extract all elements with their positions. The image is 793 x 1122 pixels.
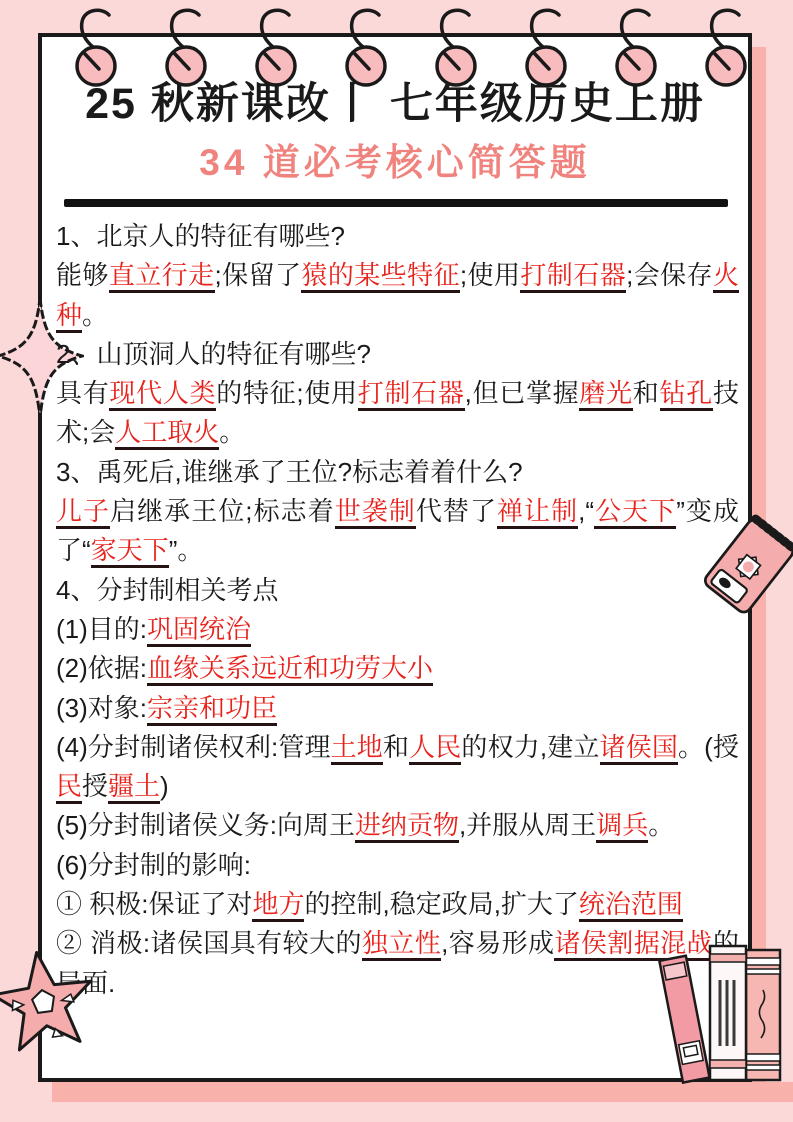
text-segment: 能够 bbox=[56, 260, 109, 290]
text-segment: 2、山顶洞人的特征有哪些? bbox=[56, 339, 371, 369]
text-segment: 授 bbox=[82, 771, 108, 801]
text-segment: 。 bbox=[219, 417, 245, 447]
text-segment: 的控制,稳定政局,扩大了 bbox=[304, 889, 578, 919]
text-segment: 。 bbox=[82, 300, 108, 330]
book-stack-icon bbox=[652, 942, 786, 1084]
binder-rings bbox=[72, 8, 748, 100]
text-line: 儿子启继承王位;标志着世袭制代替了禅让制,“公天下”变成了“家天下”。 bbox=[56, 492, 739, 571]
binder-ring-icon bbox=[702, 8, 748, 100]
text-segment: (4)分封制诸侯权利:管理 bbox=[56, 732, 331, 762]
text-segment: ”。 bbox=[169, 535, 204, 565]
keyword-highlight: 土地 bbox=[331, 732, 383, 765]
text-line: 2、山顶洞人的特征有哪些? bbox=[56, 335, 739, 374]
binder-ring-icon bbox=[252, 8, 298, 100]
text-segment: 3、禹死后,谁继承了王位?标志着着什么? bbox=[56, 457, 523, 487]
text-line: (2)依据:血缘关系远近和功劳大小 bbox=[56, 649, 739, 688]
keyword-highlight: 现代人类 bbox=[109, 378, 216, 411]
text-line: 3、禹死后,谁继承了王位?标志着着什么? bbox=[56, 453, 739, 492]
binder-ring-icon bbox=[522, 8, 568, 100]
text-segment: (1)目的: bbox=[56, 614, 147, 644]
text-segment: 启继承王位;标志着 bbox=[110, 496, 335, 526]
text-segment: ,容易形成 bbox=[441, 928, 554, 958]
text-segment: 的特征;使用 bbox=[216, 378, 357, 408]
text-segment: ) bbox=[160, 771, 169, 801]
text-line: (6)分封制的影响: bbox=[56, 846, 739, 885]
keyword-highlight: 磨光 bbox=[579, 378, 632, 411]
keyword-highlight: 世袭制 bbox=[335, 496, 416, 529]
text-segment: 和 bbox=[633, 378, 660, 408]
keyword-highlight: 直立行走 bbox=[109, 260, 215, 293]
text-segment: (2)依据: bbox=[56, 653, 147, 683]
text-segment: ;使用 bbox=[460, 260, 520, 290]
keyword-highlight: 巩固统治 bbox=[147, 614, 251, 647]
keyword-highlight: 民 bbox=[56, 771, 82, 804]
text-segment: ,并服从周王 bbox=[459, 810, 596, 840]
doodle-star-icon bbox=[0, 939, 104, 1070]
text-segment: (5)分封制诸侯义务:向周王 bbox=[56, 810, 355, 840]
text-line: ② 消极:诸侯国具有较大的独立性,容易形成诸侯割据混战的局面. bbox=[56, 924, 739, 1003]
keyword-highlight: 血缘关系远近和功劳大小 bbox=[147, 653, 433, 686]
notes-page: 25 秋新课改丨 七年级历史上册 34 道必考核心简答题 1、北京人的特征有哪些… bbox=[0, 0, 793, 1122]
text-segment: 的权力,建立 bbox=[461, 732, 599, 762]
text-line: 1、北京人的特征有哪些? bbox=[56, 217, 739, 256]
binder-ring-icon bbox=[432, 8, 478, 100]
text-segment: ;会保存 bbox=[626, 260, 713, 290]
binder-ring-icon bbox=[612, 8, 658, 100]
keyword-highlight: 诸侯国 bbox=[600, 732, 678, 765]
text-line: (3)对象:宗亲和功臣 bbox=[56, 689, 739, 728]
keyword-highlight: 统治范围 bbox=[579, 889, 683, 922]
keyword-highlight: 独立性 bbox=[362, 928, 441, 961]
text-segment: ;保留了 bbox=[215, 260, 302, 290]
keyword-highlight: 家天下 bbox=[91, 535, 169, 568]
text-segment: ,但已掌握 bbox=[465, 378, 580, 408]
keyword-highlight: 疆土 bbox=[108, 771, 160, 804]
text-line: (4)分封制诸侯权利:管理土地和人民的权力,建立诸侯国。(授民授疆土) bbox=[56, 728, 739, 807]
text-segment: ② 消极:诸侯国具有较大的 bbox=[56, 928, 362, 958]
keyword-highlight: 儿子 bbox=[56, 496, 110, 529]
keyword-highlight: 猿的某些特征 bbox=[301, 260, 460, 293]
keyword-highlight: 打制石器 bbox=[520, 260, 626, 293]
keyword-highlight: 地方 bbox=[252, 889, 304, 922]
text-segment: ,“ bbox=[578, 496, 594, 526]
keyword-highlight: 公天下 bbox=[594, 496, 676, 529]
keyword-highlight: 禅让制 bbox=[497, 496, 578, 529]
document-body: 1、北京人的特征有哪些?能够直立行走;保留了猿的某些特征;使用打制石器;会保存火… bbox=[42, 207, 748, 1003]
page-subtitle: 34 道必考核心简答题 bbox=[42, 141, 748, 185]
text-segment: 。(授 bbox=[678, 732, 739, 762]
binder-ring-icon bbox=[72, 8, 118, 100]
text-line: 4、分封制相关考点 bbox=[56, 571, 739, 610]
keyword-highlight: 进纳贡物 bbox=[355, 810, 459, 843]
binder-ring-icon bbox=[342, 8, 388, 100]
text-segment: 。 bbox=[648, 810, 674, 840]
binder-ring-icon bbox=[162, 8, 208, 100]
keyword-highlight: 宗亲和功臣 bbox=[147, 693, 277, 726]
paper-card-content: 25 秋新课改丨 七年级历史上册 34 道必考核心简答题 1、北京人的特征有哪些… bbox=[42, 37, 748, 1078]
text-segment: 和 bbox=[383, 732, 409, 762]
text-segment: 1、北京人的特征有哪些? bbox=[56, 221, 345, 251]
text-line: ① 积极:保证了对地方的控制,稳定政局,扩大了统治范围 bbox=[56, 885, 739, 924]
text-segment: (3)对象: bbox=[56, 693, 147, 723]
paper-card: 25 秋新课改丨 七年级历史上册 34 道必考核心简答题 1、北京人的特征有哪些… bbox=[38, 33, 752, 1082]
text-line: 能够直立行走;保留了猿的某些特征;使用打制石器;会保存火种。 bbox=[56, 256, 739, 335]
keyword-highlight: 钻孔 bbox=[660, 378, 713, 411]
text-segment: 代替了 bbox=[416, 496, 497, 526]
text-segment: (6)分封制的影响: bbox=[56, 850, 251, 880]
keyword-highlight: 人工取火 bbox=[115, 417, 219, 450]
card-shadow-bottom bbox=[52, 1082, 793, 1102]
header-divider bbox=[64, 199, 728, 207]
text-segment: ① 积极:保证了对 bbox=[56, 889, 252, 919]
keyword-highlight: 打制石器 bbox=[358, 378, 465, 411]
text-line: (5)分封制诸侯义务:向周王进纳贡物,并服从周王调兵。 bbox=[56, 806, 739, 845]
text-line: (1)目的:巩固统治 bbox=[56, 610, 739, 649]
text-line: 具有现代人类的特征;使用打制石器,但已掌握磨光和钻孔技术;会人工取火。 bbox=[56, 374, 739, 453]
keyword-highlight: 人民 bbox=[409, 732, 461, 765]
text-segment: 具有 bbox=[56, 378, 109, 408]
text-segment: 4、分封制相关考点 bbox=[56, 575, 278, 605]
keyword-highlight: 调兵 bbox=[596, 810, 648, 843]
